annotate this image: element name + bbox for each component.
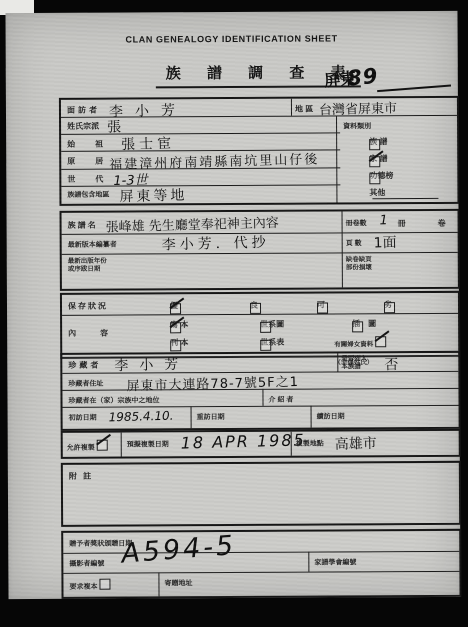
- good-checkbox[interactable]: [250, 303, 261, 314]
- donation-address-label: 寄贈地址: [164, 578, 192, 588]
- compiler-value: 李小芳．代抄: [161, 232, 269, 255]
- condition-excellent: 優: [170, 300, 181, 318]
- address-value: 屏東市大連路78-7號5F之1: [126, 371, 299, 395]
- copy-date-value: 18 APR 1985: [180, 430, 305, 452]
- condition-label: 保存狀況: [68, 301, 108, 312]
- copy-date-label: 預擬複製日期: [127, 439, 169, 449]
- origin-label: 原 居: [67, 156, 109, 167]
- revisit-label: 重訪日期: [197, 412, 225, 422]
- condition-fair: 可: [317, 300, 328, 318]
- copy-permission-table: 允許複製 預擬複製日期 18 APR 1985 複製地點 高雄市: [61, 429, 461, 459]
- condition-poor: 劣: [384, 299, 395, 317]
- category-option-gongdebang: 功德榜: [369, 170, 380, 188]
- clan-value: 張: [107, 116, 122, 136]
- ancestor-value: 張士宦: [121, 133, 176, 154]
- scanned-form-paper: CLAN GENEALOGY IDENTIFICATION SHEET 族 譜 …: [5, 11, 460, 599]
- content-manuscript: 寫 本: [170, 319, 181, 337]
- copy-permit-label: 允許複製: [67, 440, 108, 453]
- excellent-checkbox[interactable]: [170, 303, 181, 314]
- area-value: 台灣省屏東市: [319, 97, 397, 118]
- basic-info-table: 面訪者 李小芳 地 區 台灣省屏東市 姓氏宗派 張 始 祖 張士宦 原 居 福建…: [59, 96, 460, 206]
- listed-value: 否: [384, 354, 399, 374]
- poor-checkbox[interactable]: [384, 302, 395, 313]
- volumes-label: 冊卷數: [346, 218, 367, 228]
- illustration-checkbox[interactable]: [352, 321, 363, 332]
- pages-value: 1面: [373, 232, 396, 253]
- copy-place-value: 高雄市: [334, 433, 377, 454]
- admin-table: 贈予者獎狀頒贈日期 攝影者編號 家譜學會編號 要求複本 寄贈地址 A594-5: [61, 529, 461, 599]
- coverage-label: 族譜包含地區: [67, 190, 109, 200]
- pubdate-label: 最新出版年份 或序跋日期: [68, 258, 107, 274]
- record-detail-table: 族譜名 張峰雄 先生廳堂奉祀神主內容 冊卷數 1 冊 卷 最新版本編纂者 李小芳…: [60, 209, 460, 291]
- interviewer-label: 面訪者: [67, 105, 100, 116]
- women-data-checkbox[interactable]: [375, 336, 386, 347]
- sheet-number: 89: [346, 64, 379, 91]
- photographer-no-label: 攝影者編號: [69, 559, 104, 569]
- first-visit-label: 初訪日期: [69, 413, 97, 423]
- content-label: 內 容: [68, 328, 116, 339]
- category-option-jiapu: 家 譜: [369, 153, 380, 171]
- pedigree-table-checkbox[interactable]: [260, 340, 271, 351]
- request-copy-label: 要求複本: [69, 579, 110, 592]
- volumes-value: 1: [379, 213, 388, 228]
- followup-visit-label: 續訪日期: [317, 411, 345, 421]
- condition-good: 良: [250, 300, 261, 318]
- position-label: 珍藏者在（家）宗族中之地位: [68, 395, 159, 405]
- condition-content-table: 保存狀況 優 良 可 劣 內 容 寫 本 世系圖 插 圖: [60, 291, 460, 359]
- damage-label: 缺卷缺頁 部份損壞: [346, 256, 372, 272]
- fair-checkbox[interactable]: [317, 303, 328, 314]
- society-no-label: 家譜學會編號: [314, 557, 356, 567]
- generations-label: 世 代: [67, 174, 109, 185]
- check-mark: [169, 297, 184, 309]
- check-mark: [374, 330, 389, 342]
- zupu-checkbox[interactable]: [369, 139, 380, 150]
- pedigree-chart-checkbox[interactable]: [260, 322, 271, 333]
- listed-label: 是否列入 本族譜: [341, 355, 367, 371]
- introducer-label: 介 紹 者: [268, 395, 293, 405]
- area-label: 地 區: [295, 104, 313, 115]
- collector-table: 珍藏者 李小芳 是否列入 本族譜 否 珍藏者住址 屏東市大連路78-7號5F之1…: [60, 351, 460, 431]
- record-title-label: 族譜名: [68, 220, 98, 231]
- collector-label: 珍藏者: [68, 360, 101, 371]
- number-underline: [377, 85, 451, 93]
- english-title: CLAN GENEALOGY IDENTIFICATION SHEET: [6, 33, 458, 45]
- coverage-value: 屏東等地: [119, 185, 188, 207]
- check-mark: [96, 434, 111, 446]
- photographer-no-value: A594-5: [120, 530, 237, 570]
- first-visit-value: 1985.4.10.: [108, 409, 173, 425]
- printed-checkbox[interactable]: [170, 340, 181, 351]
- collector-value: 李小芳: [114, 353, 189, 375]
- clan-label: 姓氏宗派: [67, 121, 99, 132]
- copy-permit-checkbox[interactable]: [97, 440, 108, 451]
- ancestor-label: 始 祖: [67, 139, 109, 150]
- volumes-unit-ce: 冊: [398, 218, 406, 229]
- category-option-other: 其他: [369, 187, 438, 205]
- notes-table: 附 註: [61, 461, 461, 527]
- pages-label: 頁 數: [346, 238, 362, 248]
- notes-label: 附 註: [69, 471, 93, 482]
- manuscript-checkbox[interactable]: [170, 322, 181, 333]
- volumes-unit-juan: 卷: [438, 218, 446, 229]
- jiapu-checkbox[interactable]: [369, 156, 380, 167]
- copy-place-label: 複製地點: [296, 439, 324, 449]
- category-title: 資料類別: [343, 121, 371, 131]
- compiler-label: 最新版本編纂者: [68, 240, 117, 250]
- content-pedigree-chart: 世系圖: [260, 319, 271, 337]
- address-label: 珍藏者住址: [68, 379, 103, 389]
- gongdebang-checkbox[interactable]: [369, 173, 380, 184]
- request-copy-checkbox[interactable]: [99, 579, 110, 590]
